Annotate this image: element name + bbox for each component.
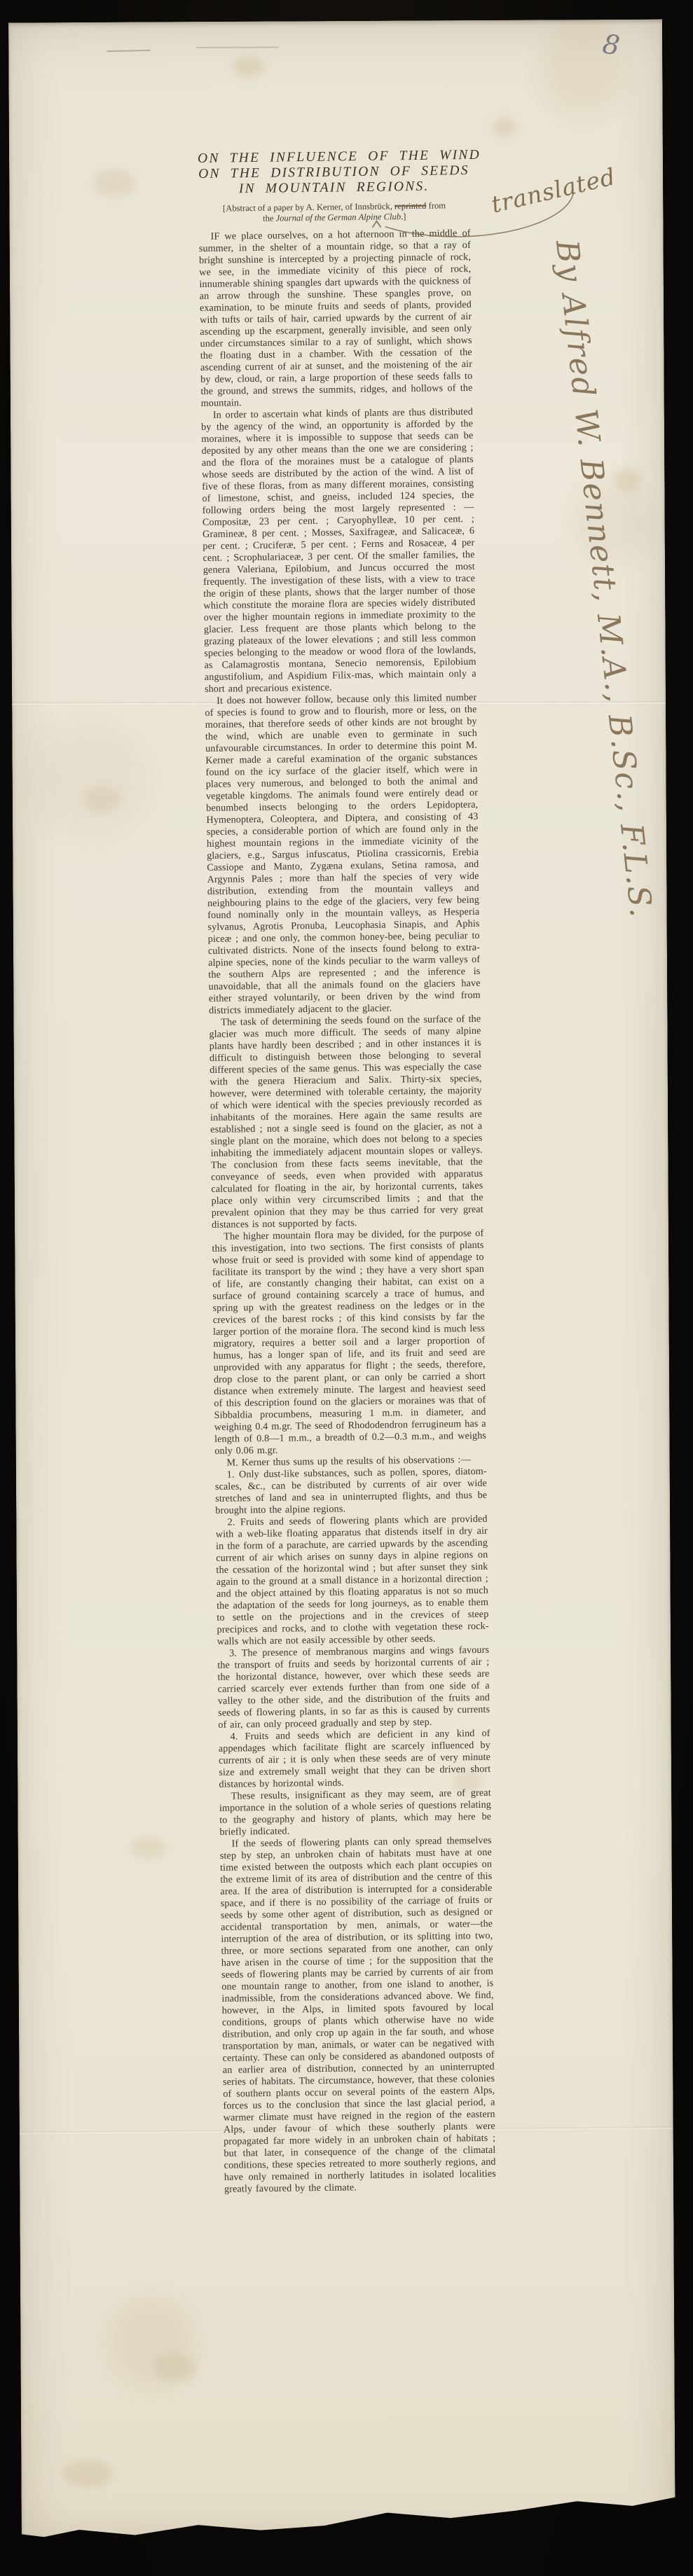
text-column: ON THE INFLUENCE OF THE WIND ON THE DIST… xyxy=(198,148,496,2195)
ink-smudge xyxy=(107,50,150,52)
abstract-text: .] xyxy=(401,212,406,221)
foxing-stain xyxy=(93,169,135,197)
foxing-stain xyxy=(63,2460,112,2488)
article-body: IF we place ourselves, on a hot afternoo… xyxy=(198,228,496,2196)
paragraph: The higher mountain flora may be divided… xyxy=(212,1227,486,1457)
page-number-pencil: 8 xyxy=(601,29,622,62)
handwritten-signature: By Alfred W. Bennett, M.A., B.Sc., F.L.S… xyxy=(549,238,659,920)
journal-name: Journal of the German Alpine Club xyxy=(275,212,401,223)
foxing-stain xyxy=(130,1836,167,1860)
paragraph: If the seeds of flowering plants can onl… xyxy=(219,1834,496,2195)
foxing-stain xyxy=(493,118,516,137)
ink-smudge xyxy=(196,46,279,48)
paragraph: These results, insignificant as they may… xyxy=(219,1787,492,1838)
paragraph: 1. Only dust-like substances, such as po… xyxy=(215,1465,488,1516)
abstract-text: from xyxy=(426,200,446,210)
foxing-stain xyxy=(83,786,122,812)
foxing-stain xyxy=(153,2354,195,2382)
foxing-stain xyxy=(233,57,265,78)
struck-word: reprinted xyxy=(394,201,427,212)
foxing-stain xyxy=(613,468,641,492)
handwritten-margin-note: translated xyxy=(488,162,618,219)
paragraph: IF we place ourselves, on a hot afternoo… xyxy=(198,228,472,410)
paragraph: In order to ascertain what kinds of plan… xyxy=(201,406,476,695)
paper-sheet: 8 ON THE INFLUENCE OF THE WIND ON THE DI… xyxy=(8,20,675,2544)
paragraph: The task of determining the seeds found … xyxy=(209,1013,483,1231)
document-title-line: IN MOUNTAIN REGIONS. xyxy=(198,179,470,198)
paragraph: 2. Fruits and seeds of flowering plants … xyxy=(215,1513,488,1647)
paragraph: 4. Fruits and seeds which are deficient … xyxy=(218,1727,490,1790)
paragraph: 3. The presence of membranous margins an… xyxy=(217,1644,490,1731)
scanned-page-photo: 8 ON THE INFLUENCE OF THE WIND ON THE DI… xyxy=(0,0,693,2576)
abstract-note: [Abstract of a paper by A. Kerner, of In… xyxy=(198,200,470,225)
paragraph: It does not however follow, because only… xyxy=(205,691,481,1016)
abstract-text: the xyxy=(263,213,276,223)
